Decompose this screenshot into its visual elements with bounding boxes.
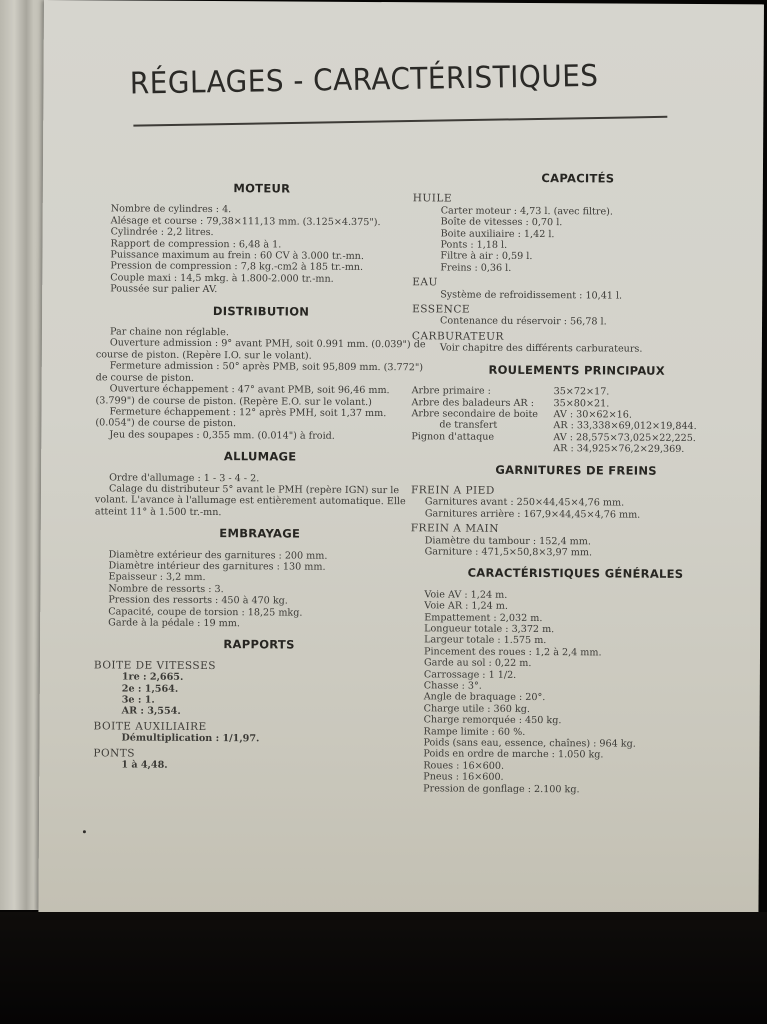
spec-line: Contenance du réservoir : 56,78 l. — [412, 316, 742, 329]
spec-line: Garniture : 471,5×50,8×3,97 mm. — [411, 546, 741, 559]
section-caracteristiques-generales: CARACTÉRISTIQUES GÉNÉRALES Voie AV : 1,2… — [409, 568, 740, 797]
bearing-value: AR : 34,925×76,2×29,369. — [553, 443, 741, 456]
spec-line: Démultiplication : 1/1,97. — [93, 733, 423, 746]
spec-line: Poussée sur palier AV. — [96, 284, 426, 297]
spec-paragraph: Jeu des soupapes : 0,355 mm. (0.014") à … — [95, 429, 425, 442]
section-heading: ROULEMENTS PRINCIPAUX — [412, 364, 742, 377]
spec-line: Système de refroidissement : 10,41 l. — [412, 289, 742, 302]
section-rapports: RAPPORTS BOITE DE VITESSES1re : 2,665.2e… — [93, 639, 424, 773]
section-heading: RAPPORTS — [94, 639, 424, 652]
section-garnitures-freins: GARNITURES DE FREINS FREIN A PIEDGarnitu… — [411, 464, 742, 560]
section-allumage: ALLUMAGE Ordre d'allumage : 1 - 3 - 4 - … — [95, 450, 425, 519]
spec-paragraph: Fermeture admission : 50° après PMB, soi… — [96, 361, 426, 386]
spec-line: Pression de gonflage : 2.100 kg. — [409, 783, 739, 796]
spec-line: AR : 3,554. — [94, 706, 424, 719]
section-heading: GARNITURES DE FREINS — [411, 464, 741, 477]
spec-paragraph: Ouverture échappement : 47° avant PMB, s… — [96, 383, 426, 408]
title-underline — [133, 116, 667, 127]
section-heading: ALLUMAGE — [95, 450, 425, 463]
spec-line: Voir chapitre des différents carburateur… — [412, 343, 742, 356]
spec-line: Garde à la pédale : 19 mm. — [94, 617, 424, 630]
section-heading: MOTEUR — [97, 182, 427, 195]
document-page: RÉGLAGES - CARACTÉRISTIQUES MOTEUR Nombr… — [38, 0, 764, 916]
page-title: RÉGLAGES - CARACTÉRISTIQUES — [130, 59, 599, 102]
section-distribution: DISTRIBUTION Par chaine non réglable.Ouv… — [95, 305, 426, 442]
section-heading: EMBRAYAGE — [95, 527, 425, 540]
section-moteur: MOTEUR Nombre de cylindres : 4.Alésage e… — [96, 182, 427, 297]
bearing-label: Arbre primaire : — [412, 385, 554, 397]
bearing-label: Pignon d'attaque — [411, 431, 553, 443]
bearing-label: Arbre secondaire de boite — [411, 408, 553, 420]
section-embrayage: EMBRAYAGE Diamètre extérieur des garnitu… — [94, 527, 425, 630]
bearing-label: Arbre des baladeurs AR : — [412, 397, 554, 409]
section-capacites: CAPACITÉS HUILECarter moteur : 4,73 l. (… — [412, 172, 743, 356]
bearing-label: de transfert — [411, 420, 553, 432]
left-column: MOTEUR Nombre de cylindres : 4.Alésage e… — [93, 172, 427, 772]
spec-line: 1 à 4,48. — [93, 759, 423, 772]
spec-paragraph: Fermeture échappement : 12° après PMH, s… — [95, 406, 425, 431]
ink-speck — [83, 830, 86, 833]
bearing-label — [411, 442, 553, 454]
spec-paragraph: Ouverture admission : 9° avant PMH, soit… — [96, 338, 426, 363]
section-heading: CARACTÉRISTIQUES GÉNÉRALES — [410, 568, 740, 581]
spec-line: Freins : 0,36 l. — [412, 262, 742, 275]
section-heading: DISTRIBUTION — [96, 305, 426, 318]
spec-paragraph: Calage du distributeur 5° avant le PMH (… — [95, 483, 425, 519]
right-column: CAPACITÉS HUILECarter moteur : 4,73 l. (… — [409, 162, 743, 796]
background-shadow — [0, 912, 767, 1024]
section-heading: CAPACITÉS — [413, 172, 743, 185]
section-roulements: ROULEMENTS PRINCIPAUX Arbre primaire :35… — [411, 364, 742, 456]
spec-line: Garnitures arrière : 167,9×44,45×4,76 mm… — [411, 508, 741, 521]
